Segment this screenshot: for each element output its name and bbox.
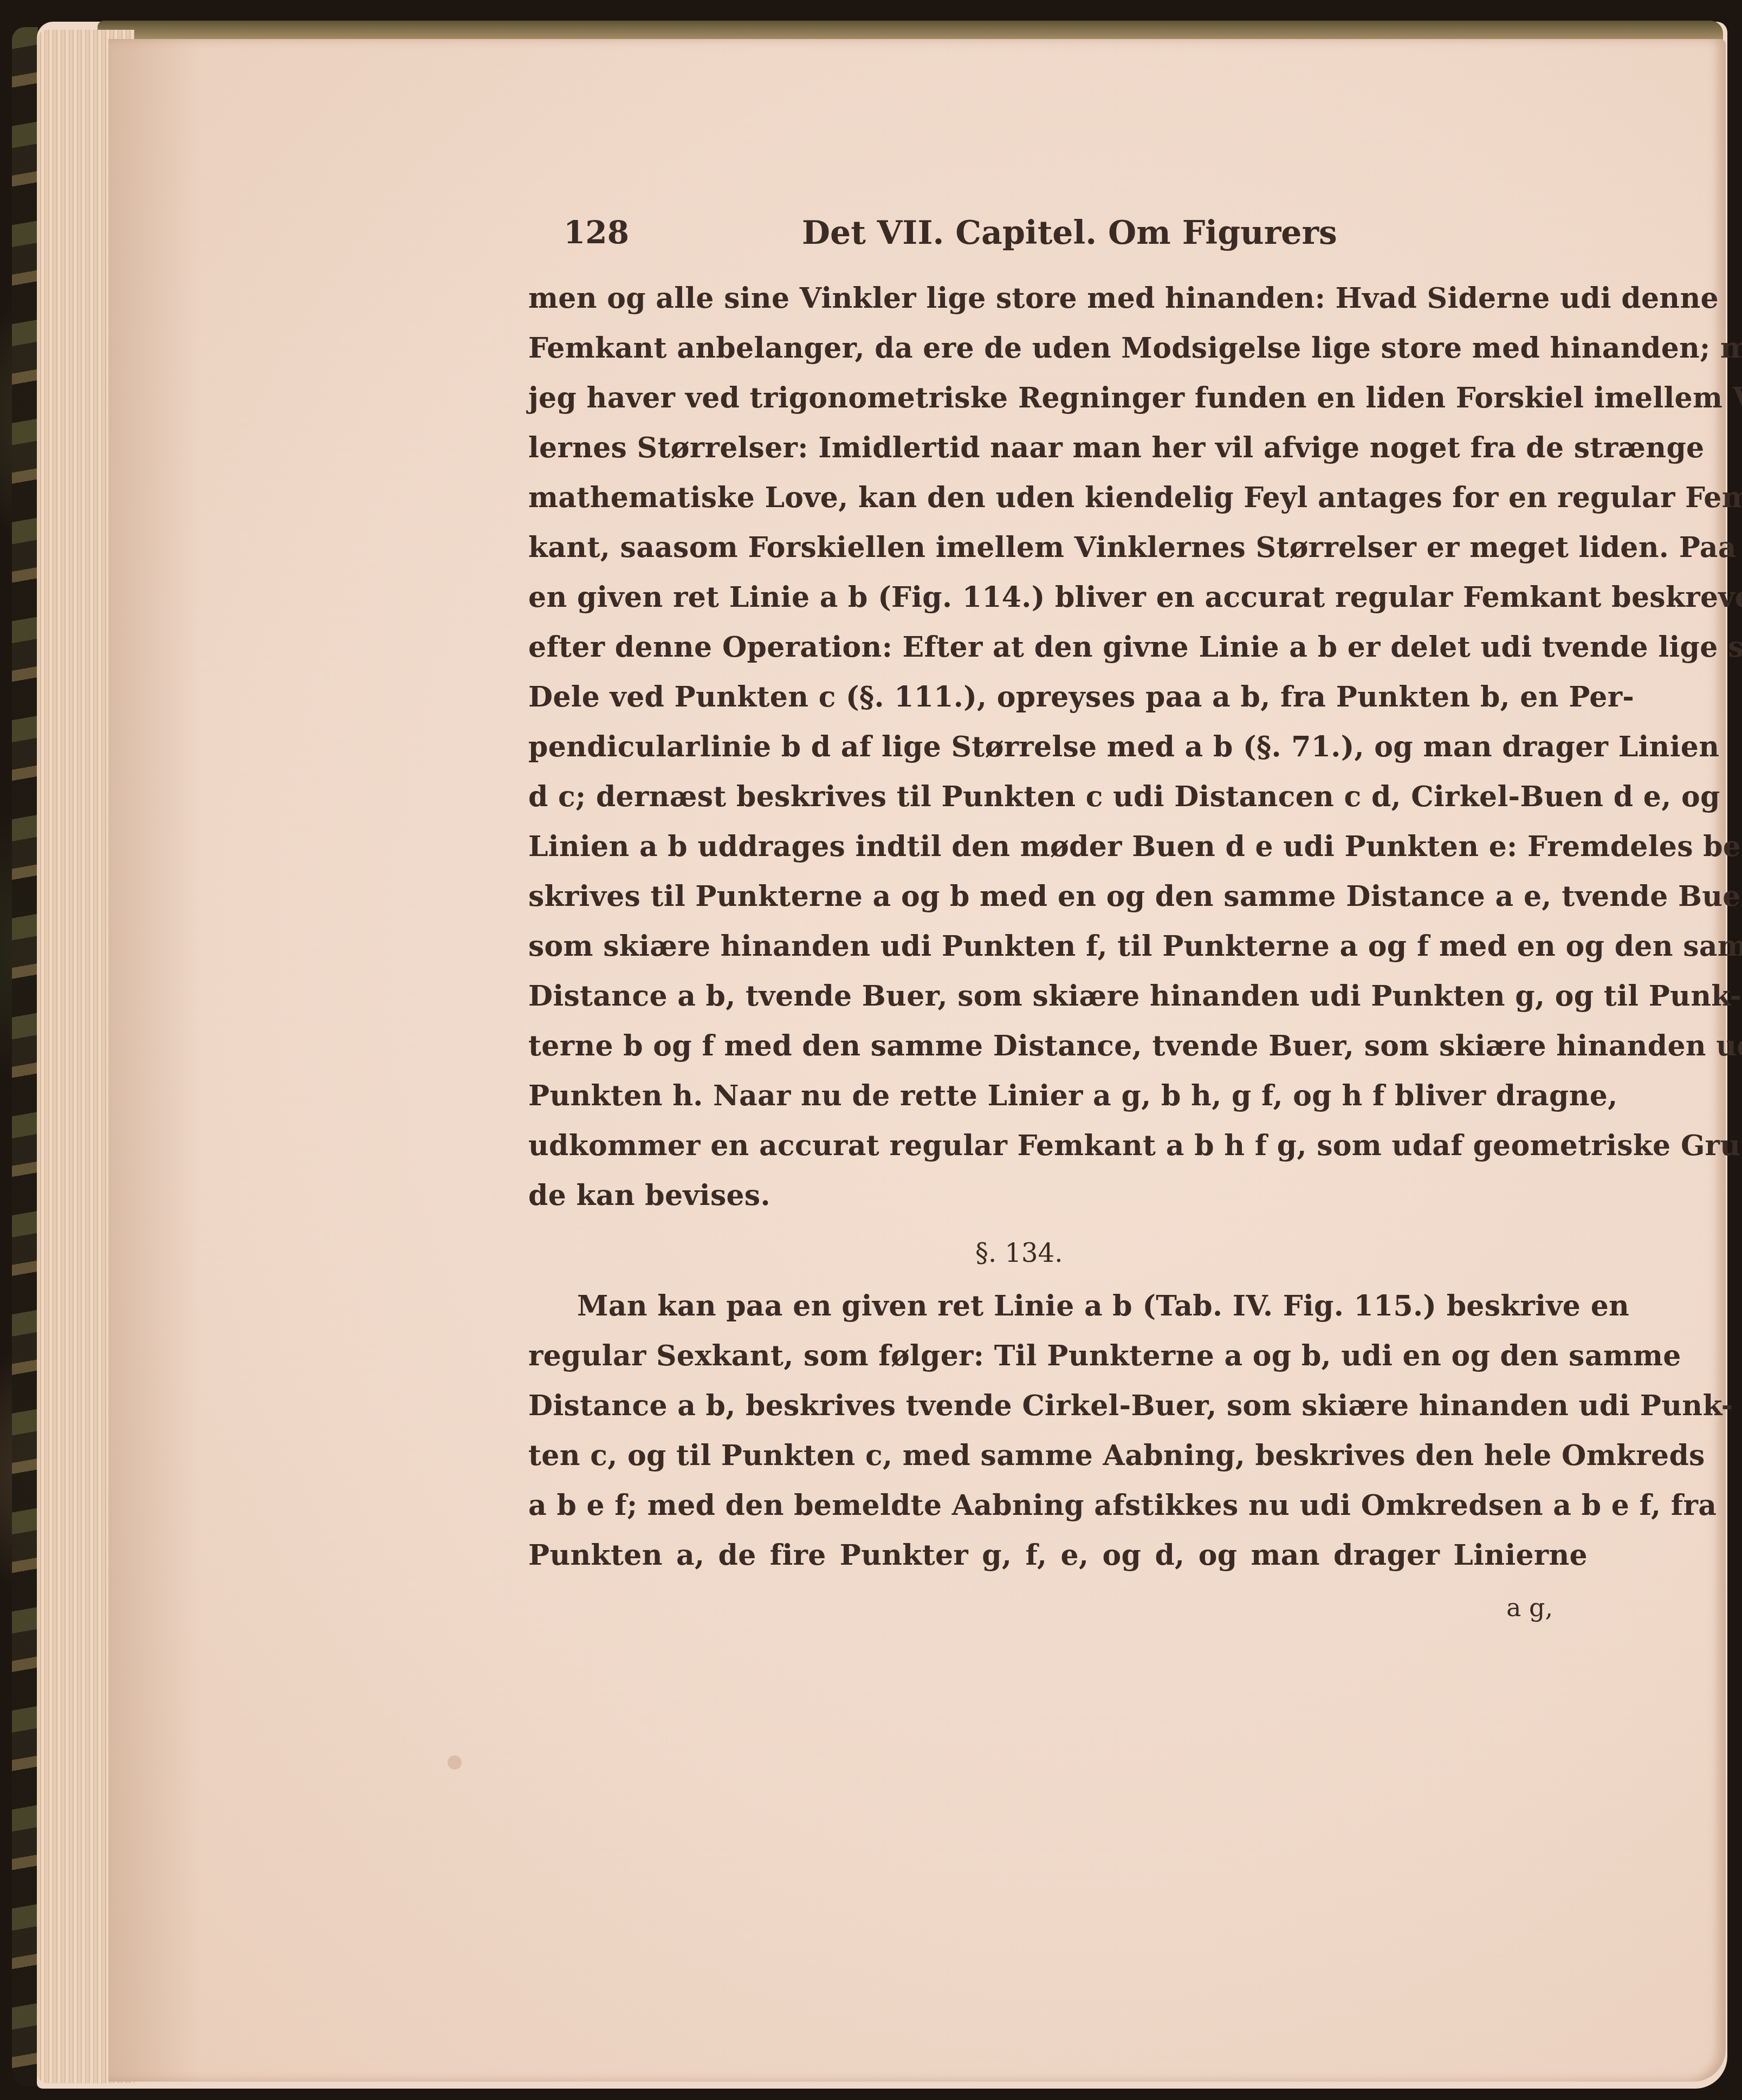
running-head: Det VII. Capitel. Om Figurers — [802, 214, 1337, 252]
text-line: d c; dernæst beskrives til Punkten c udi… — [528, 780, 1588, 813]
text-line: Distance a b, tvende Buer, som skiære hi… — [528, 980, 1588, 1013]
text-line: Dele ved Punkten c (§. 111.), opreyses p… — [528, 680, 1588, 714]
text-line: terne b og f med den samme Distance, tve… — [528, 1029, 1588, 1062]
catchword: a g, — [1506, 1593, 1553, 1622]
text-line: skrives til Punkterne a og b med en og d… — [528, 880, 1588, 913]
text-line: Distance a b, beskrives tvende Cirkel-Bu… — [528, 1389, 1588, 1422]
text-line: Man kan paa en given ret Linie a b (Tab.… — [528, 1289, 1588, 1323]
text-line: Femkant anbelanger, da ere de uden Modsi… — [528, 332, 1588, 365]
page-top-edge — [98, 21, 1723, 40]
gutter-shadow — [108, 39, 200, 2082]
text-line: en given ret Linie a b (Fig. 114.) blive… — [528, 581, 1588, 614]
text-line: jeg haver ved trigonometriske Regninger … — [528, 381, 1588, 414]
text-line: efter denne Operation: Efter at den givn… — [528, 631, 1588, 664]
text-line: de kan bevises. — [528, 1179, 1588, 1212]
text-line: Linien a b uddrages indtil den møder Bue… — [528, 830, 1588, 863]
text-line: Punkten h. Naar nu de rette Linier a g, … — [528, 1079, 1588, 1112]
text-line: pendicularlinie b d af lige Størrelse me… — [528, 730, 1588, 763]
page-number: 128 — [564, 214, 629, 251]
text-line: mathematiske Love, kan den uden kiendeli… — [528, 481, 1588, 514]
ink-spot — [448, 1755, 462, 1770]
text-line: som skiære hinanden udi Punkten f, til P… — [528, 930, 1588, 963]
marbled-cover-edge — [12, 27, 38, 2086]
section-heading: §. 134. — [975, 1238, 1063, 1268]
text-line: ten c, og til Punkten c, med samme Aabni… — [528, 1439, 1588, 1472]
text-line: kant, saasom Forskiellen imellem Vinkler… — [528, 531, 1588, 564]
text-line: udkommer en accurat regular Femkant a b … — [528, 1129, 1588, 1162]
text-line: a b e f; med den bemeldte Aabning afstik… — [528, 1489, 1588, 1522]
text-line: regular Sexkant, som følger: Til Punkter… — [528, 1339, 1588, 1372]
text-line: men og alle sine Vinkler lige store med … — [528, 282, 1588, 315]
text-line: Punkten a, de fire Punkter g, f, e, og d… — [528, 1539, 1588, 1572]
text-line: lernes Størrelser: Imidlertid naar man h… — [528, 431, 1588, 464]
